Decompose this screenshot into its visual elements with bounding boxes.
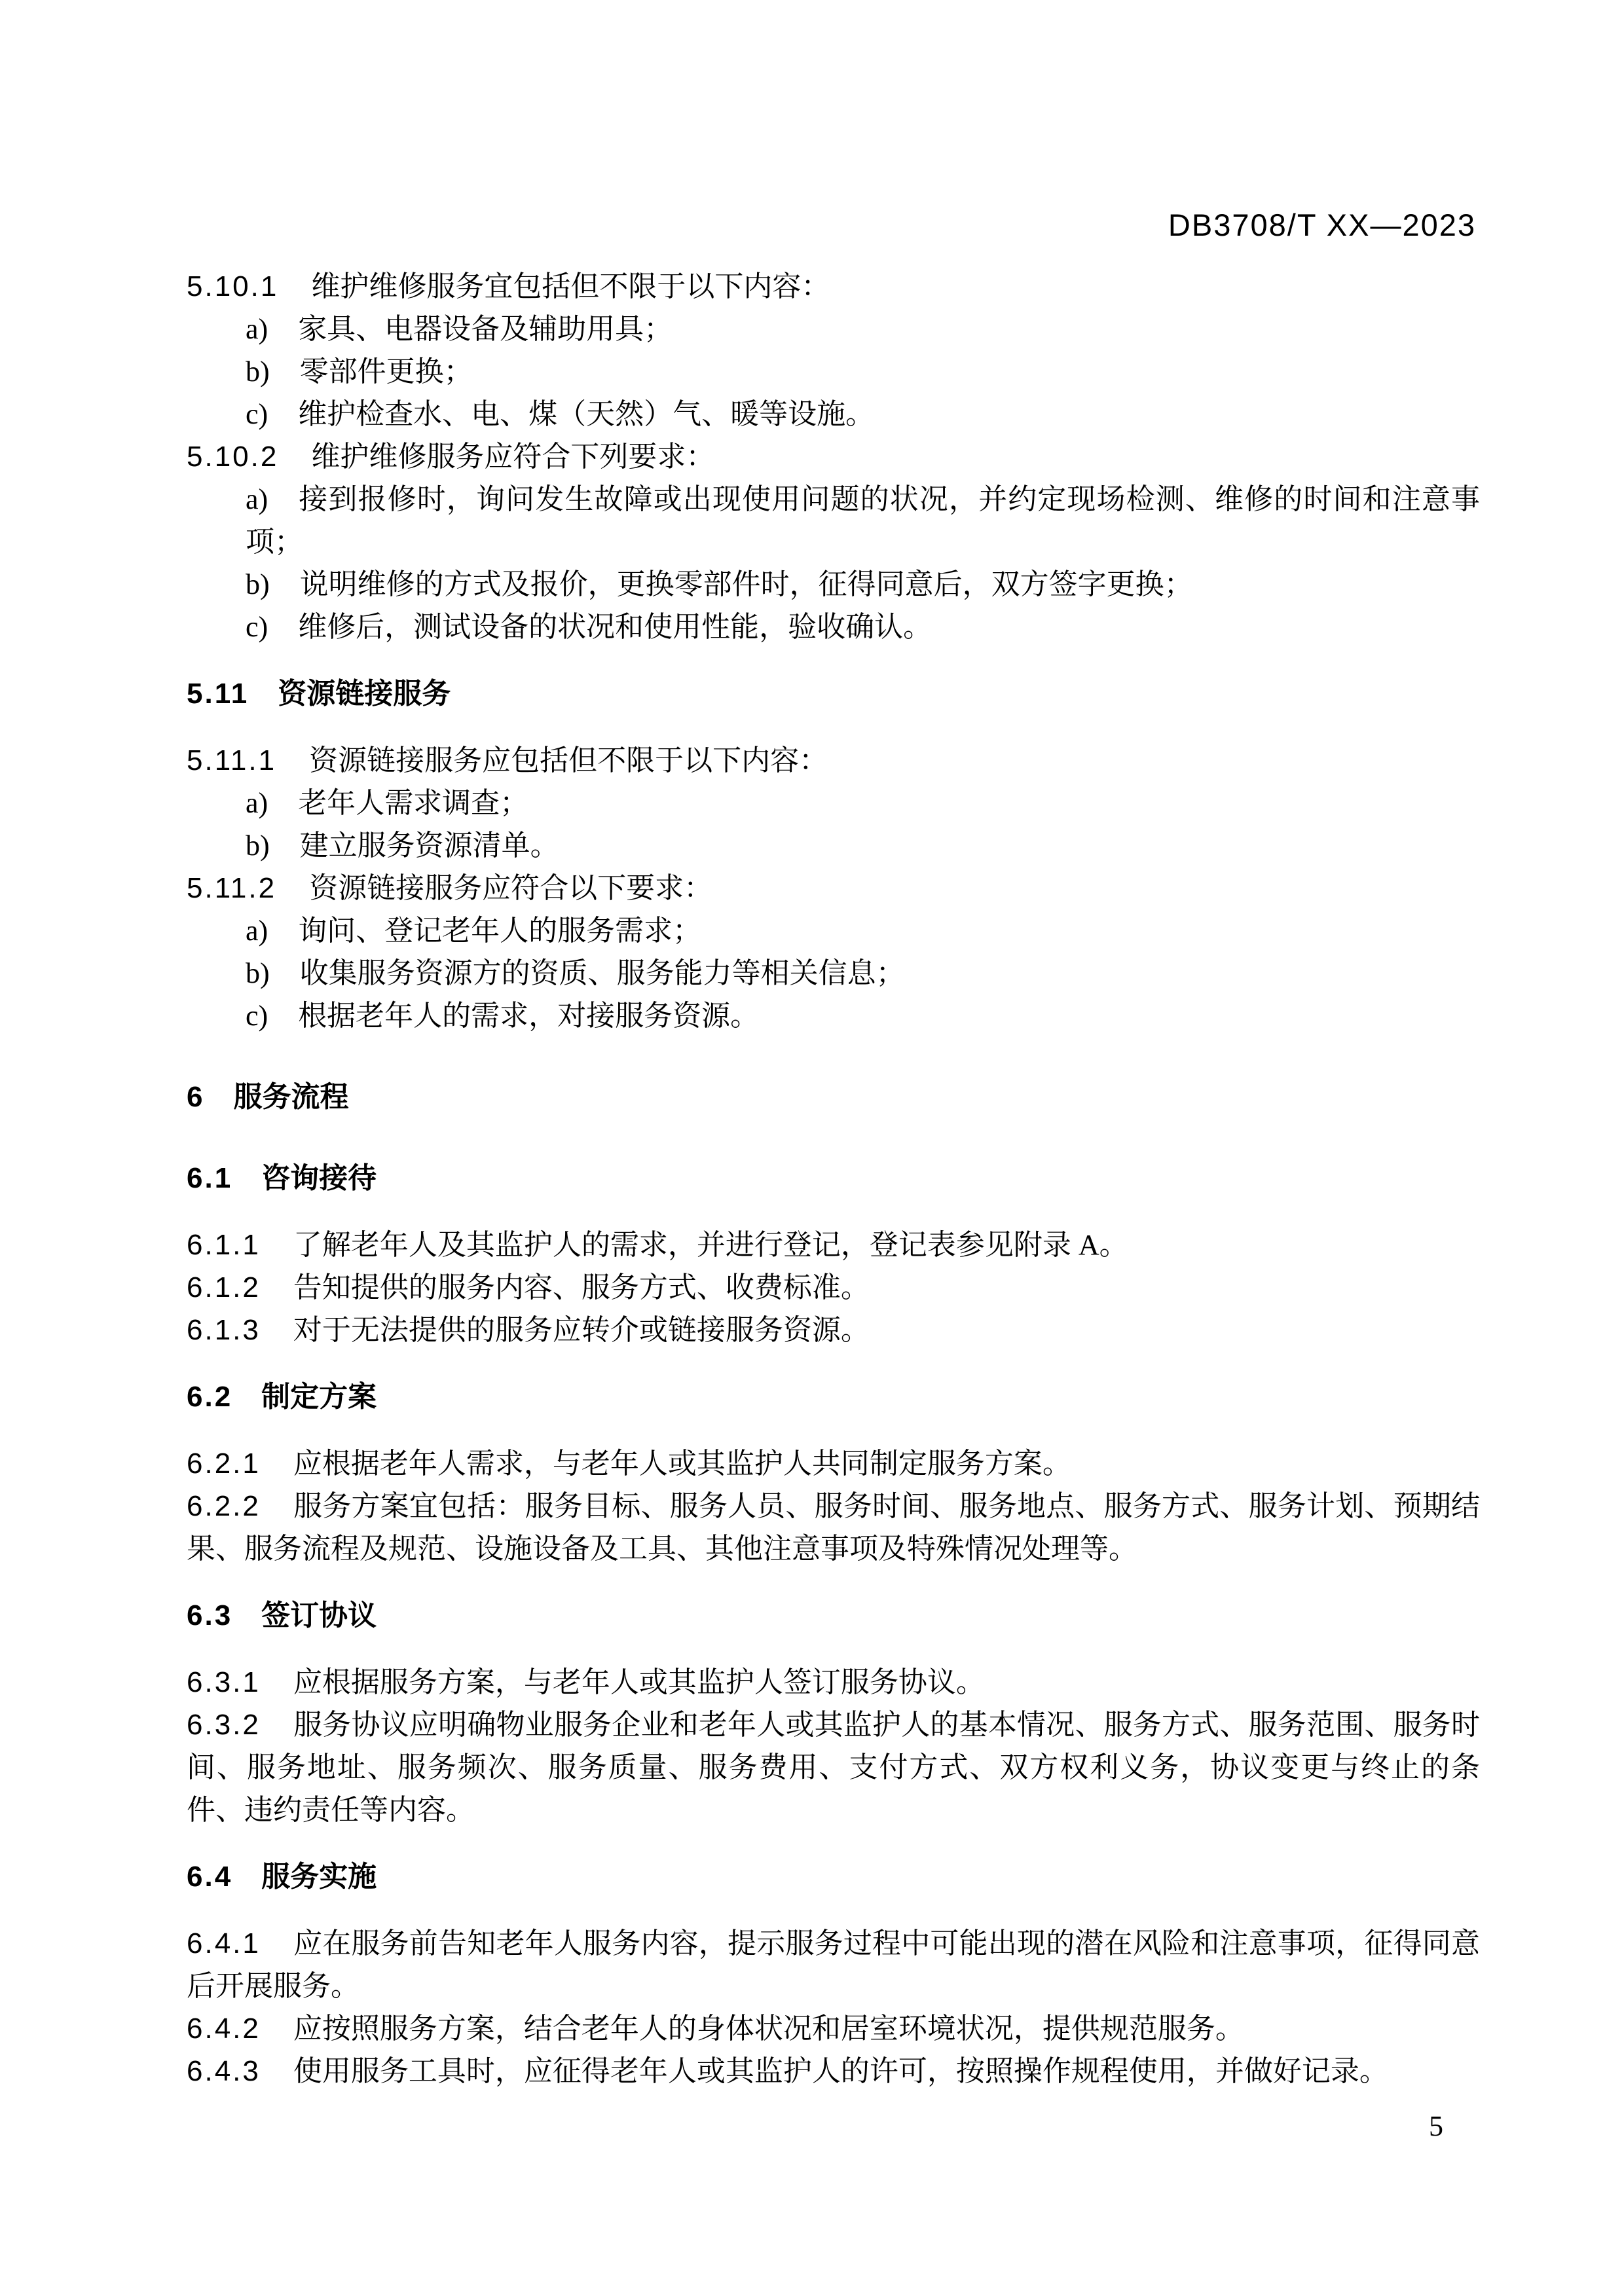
section-heading-5-11: 5.11资源链接服务 [187, 672, 1480, 715]
item-text: 询问、登记老年人的服务需求； [298, 915, 701, 947]
chapter-heading-6: 6服务流程 [187, 1076, 1480, 1118]
item-letter: b) [246, 568, 270, 600]
clause-number: 6.4.2 [187, 2013, 261, 2045]
clause-text: 资源链接服务应包括但不限于以下内容： [309, 744, 828, 776]
list-item-a: a)老年人需求调查； [187, 782, 1480, 824]
list-item-a: a)家具、电器设备及辅助用具； [187, 308, 1480, 350]
section-heading-6-4: 6.4服务实施 [187, 1855, 1480, 1898]
clause-text: 服务方案宜包括：服务目标、服务人员、服务时间、服务地点、服务方式、服务计划、预期… [187, 1490, 1480, 1565]
clause-6-4-3: 6.4.3使用服务工具时，应征得老年人或其监护人的许可，按照操作规程使用，并做好… [187, 2050, 1480, 2092]
item-text: 老年人需求调查； [298, 787, 528, 819]
item-text: 零部件更换； [300, 355, 473, 388]
clause-5-11-2: 5.11.2资源链接服务应符合以下要求： [187, 867, 1480, 909]
clause-5-10-1: 5.10.1维护维修服务宜包括但不限于以下内容： [187, 265, 1480, 308]
list-item-c: c)维护检查水、电、煤（天然）气、暖等设施。 [187, 393, 1480, 435]
list-item-b: b)零部件更换； [187, 350, 1480, 393]
clause-text: 使用服务工具时，应征得老年人或其监护人的许可，按照操作规程使用，并做好记录。 [293, 2055, 1388, 2087]
clause-6-1-2: 6.1.2告知提供的服务内容、服务方式、收费标准。 [187, 1266, 1480, 1309]
standard-code-header: DB3708/T XX—2023 [1168, 207, 1476, 243]
heading-number: 6.3 [187, 1599, 232, 1631]
item-letter: b) [246, 829, 270, 862]
clause-number: 6.2.1 [187, 1448, 261, 1480]
heading-title: 签订协议 [261, 1599, 377, 1631]
clause-6-2-1: 6.2.1应根据老年人需求，与老年人或其监护人共同制定服务方案。 [187, 1442, 1480, 1485]
clause-text: 维护维修服务应符合下列要求： [311, 441, 714, 473]
clause-6-2-2: 6.2.2服务方案宜包括：服务目标、服务人员、服务时间、服务地点、服务方式、服务… [187, 1485, 1480, 1570]
clause-number: 6.4.1 [187, 1927, 261, 1959]
heading-title: 制定方案 [261, 1381, 377, 1413]
section-heading-6-1: 6.1咨询接待 [187, 1157, 1480, 1199]
item-letter: a) [246, 483, 268, 515]
item-text: 建立服务资源清单。 [300, 829, 559, 862]
clause-text: 了解老年人及其监护人的需求，并进行登记，登记表参见附录 A。 [293, 1229, 1128, 1261]
clause-text: 应根据老年人需求，与老年人或其监护人共同制定服务方案。 [293, 1448, 1071, 1480]
clause-6-4-2: 6.4.2应按照服务方案，结合老年人的身体状况和居室环境状况，提供规范服务。 [187, 2007, 1480, 2050]
clause-number: 6.1.2 [187, 1271, 261, 1303]
clause-5-11-1: 5.11.1资源链接服务应包括但不限于以下内容： [187, 739, 1480, 782]
list-item-b: b)收集服务资源方的资质、服务能力等相关信息； [187, 952, 1480, 994]
item-text: 维护检查水、电、煤（天然）气、暖等设施。 [298, 398, 874, 430]
item-letter: b) [246, 957, 270, 989]
clause-6-3-2: 6.3.2服务协议应明确物业服务企业和老年人或其监护人的基本情况、服务方式、服务… [187, 1704, 1480, 1831]
clause-number: 6.3.2 [187, 1709, 261, 1741]
item-text: 接到报修时，询问发生故障或出现使用问题的状况，并约定现场检测、维修的时间和注意事… [246, 483, 1480, 558]
clause-text: 应根据服务方案，与老年人或其监护人签订服务协议。 [293, 1666, 985, 1698]
heading-title: 服务流程 [233, 1081, 348, 1113]
clause-text: 对于无法提供的服务应转介或链接服务资源。 [293, 1314, 870, 1346]
clause-number: 6.3.1 [187, 1666, 261, 1698]
section-heading-6-3: 6.3签订协议 [187, 1594, 1480, 1637]
item-text: 收集服务资源方的资质、服务能力等相关信息； [300, 957, 905, 989]
heading-number: 6.4 [187, 1861, 232, 1893]
document-body: 5.10.1维护维修服务宜包括但不限于以下内容：a)家具、电器设备及辅助用具；b… [187, 265, 1480, 2092]
heading-title: 服务实施 [261, 1861, 377, 1893]
item-letter: a) [246, 915, 268, 947]
heading-title: 资源链接服务 [278, 678, 451, 710]
clause-text: 告知提供的服务内容、服务方式、收费标准。 [293, 1271, 870, 1303]
item-text: 根据老年人的需求，对接服务资源。 [298, 1000, 759, 1032]
page-number: 5 [1429, 2107, 1443, 2146]
item-letter: c) [246, 1000, 268, 1032]
document-page: DB3708/T XX—2023 5.10.1维护维修服务宜包括但不限于以下内容… [0, 0, 1624, 2296]
section-heading-6-2: 6.2制定方案 [187, 1376, 1480, 1418]
clause-text: 资源链接服务应符合以下要求： [309, 872, 712, 904]
heading-number: 5.11 [187, 678, 249, 710]
list-item-b: b)说明维修的方式及报价，更换零部件时，征得同意后，双方签字更换； [187, 563, 1480, 606]
heading-number: 6 [187, 1081, 204, 1113]
item-text: 说明维修的方式及报价，更换零部件时，征得同意后，双方签字更换； [300, 568, 1193, 600]
item-letter: c) [246, 398, 268, 430]
heading-title: 咨询接待 [261, 1162, 377, 1194]
clause-number: 5.11.2 [187, 872, 276, 904]
clause-number: 5.10.1 [187, 270, 278, 302]
clause-6-3-1: 6.3.1应根据服务方案，与老年人或其监护人签订服务协议。 [187, 1661, 1480, 1704]
clause-5-10-2: 5.10.2维护维修服务应符合下列要求： [187, 435, 1480, 478]
clause-number: 6.1.3 [187, 1314, 261, 1346]
clause-number: 6.2.2 [187, 1490, 261, 1522]
clause-text: 应按照服务方案，结合老年人的身体状况和居室环境状况，提供规范服务。 [293, 2013, 1244, 2045]
item-text: 维修后，测试设备的状况和使用性能，验收确认。 [298, 611, 932, 643]
clause-6-1-3: 6.1.3对于无法提供的服务应转介或链接服务资源。 [187, 1309, 1480, 1351]
list-item-a: a)接到报修时，询问发生故障或出现使用问题的状况，并约定现场检测、维修的时间和注… [187, 478, 1480, 563]
heading-number: 6.2 [187, 1381, 232, 1413]
list-item-c: c)维修后，测试设备的状况和使用性能，验收确认。 [187, 606, 1480, 648]
clause-text: 维护维修服务宜包括但不限于以下内容： [311, 270, 830, 302]
item-letter: c) [246, 611, 268, 643]
clause-number: 6.4.3 [187, 2055, 261, 2087]
clause-number: 5.11.1 [187, 744, 276, 776]
list-item-a: a)询问、登记老年人的服务需求； [187, 909, 1480, 952]
clause-6-4-1: 6.4.1应在服务前告知老年人服务内容，提示服务过程中可能出现的潜在风险和注意事… [187, 1922, 1480, 2007]
list-item-b: b)建立服务资源清单。 [187, 824, 1480, 867]
clause-text: 应在服务前告知老年人服务内容，提示服务过程中可能出现的潜在风险和注意事项，征得同… [187, 1927, 1480, 2002]
clause-6-1-1: 6.1.1了解老年人及其监护人的需求，并进行登记，登记表参见附录 A。 [187, 1224, 1480, 1266]
item-letter: b) [246, 355, 270, 388]
list-item-c: c)根据老年人的需求，对接服务资源。 [187, 994, 1480, 1037]
item-text: 家具、电器设备及辅助用具； [298, 313, 673, 345]
item-letter: a) [246, 787, 268, 819]
clause-text: 服务协议应明确物业服务企业和老年人或其监护人的基本情况、服务方式、服务范围、服务… [187, 1709, 1480, 1826]
clause-number: 5.10.2 [187, 441, 278, 473]
heading-number: 6.1 [187, 1162, 232, 1194]
item-letter: a) [246, 313, 268, 345]
clause-number: 6.1.1 [187, 1229, 261, 1261]
